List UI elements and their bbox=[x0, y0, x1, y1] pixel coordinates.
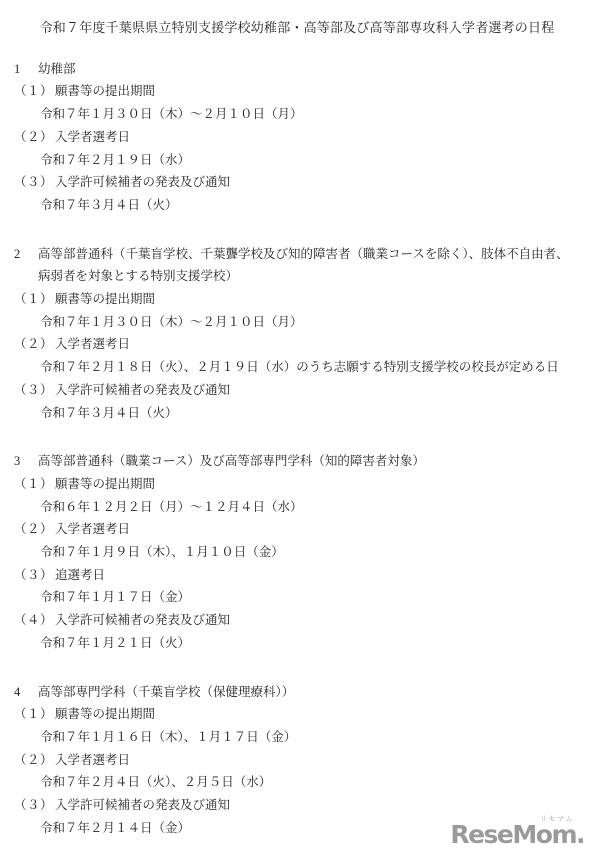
section-number: 3 bbox=[14, 450, 38, 473]
item-label-line: （１）願書等の提出期間 bbox=[14, 288, 580, 311]
section-heading: 4 高等部専門学科（千葉盲学校（保健理療科）） bbox=[14, 681, 580, 704]
item-number: （２） bbox=[14, 337, 53, 351]
section-heading: 2 高等部普通科（千葉盲学校、千葉聾学校及び知的障害者（職業コースを除く）、肢体… bbox=[14, 243, 580, 288]
section-youchibu: 1 幼稚部 （１）願書等の提出期間 令和７年１月３０日（木）～２月１０日（月） … bbox=[14, 58, 580, 217]
item-date: 令和７年３月４日（火） bbox=[14, 402, 580, 425]
logo-text: ReseMom. bbox=[450, 823, 584, 847]
item-date: 令和７年２月４日（火）、２月５日（水） bbox=[14, 771, 580, 794]
item-label: 入学許可候補者の発表及び通知 bbox=[55, 613, 230, 627]
resemom-watermark-logo: リセマム ReseMom. bbox=[450, 816, 584, 847]
item-date: 令和７年１月３０日（木）～２月１０日（月） bbox=[14, 311, 580, 334]
item-label: 願書等の提出期間 bbox=[55, 707, 155, 721]
item-number: （２） bbox=[14, 130, 53, 144]
item-label-line: （２）入学者選考日 bbox=[14, 126, 580, 149]
item-number: （３） bbox=[14, 175, 53, 189]
section-shokugyou-course: 3 高等部普通科（職業コース）及び高等部専門学科（知的障害者対象） （１）願書等… bbox=[14, 450, 580, 654]
schedule-item: （１）願書等の提出期間 令和７年１月３０日（木）～２月１０日（月） bbox=[14, 288, 580, 333]
item-label: 入学者選考日 bbox=[55, 337, 130, 351]
item-label-line: （４）入学許可候補者の発表及び通知 bbox=[14, 609, 580, 632]
document-page: 令和７年度千葉県県立特別支援学校幼稚部・高等部及び高等部専攻科入学者選考の日程 … bbox=[0, 0, 594, 856]
section-number: 1 bbox=[14, 58, 38, 81]
section-heading: 1 幼稚部 bbox=[14, 58, 580, 81]
item-number: （１） bbox=[14, 477, 53, 491]
item-label: 入学者選考日 bbox=[55, 753, 130, 767]
schedule-item: （４）入学許可候補者の発表及び通知 令和７年１月２１日（火） bbox=[14, 609, 580, 654]
schedule-item: （３）入学許可候補者の発表及び通知 令和７年３月４日（火） bbox=[14, 171, 580, 216]
item-label-line: （３）入学許可候補者の発表及び通知 bbox=[14, 794, 580, 817]
section-number: 2 bbox=[14, 243, 38, 266]
item-number: （１） bbox=[14, 707, 53, 721]
item-label-line: （３）入学許可候補者の発表及び通知 bbox=[14, 379, 580, 402]
item-label: 入学者選考日 bbox=[55, 130, 130, 144]
item-label-line: （１）願書等の提出期間 bbox=[14, 80, 580, 103]
schedule-item: （１）願書等の提出期間 令和６年１２月２日（月）～１２月４日（水） bbox=[14, 473, 580, 518]
page-title: 令和７年度千葉県県立特別支援学校幼稚部・高等部及び高等部専攻科入学者選考の日程 bbox=[0, 0, 594, 40]
section-heading: 3 高等部普通科（職業コース）及び高等部専門学科（知的障害者対象） bbox=[14, 450, 580, 473]
section-title: 高等部専門学科（千葉盲学校（保健理療科）） bbox=[38, 681, 580, 704]
item-date: 令和７年１月２１日（火） bbox=[14, 632, 580, 655]
schedule-item: （３）追選考日 令和７年１月１７日（金） bbox=[14, 564, 580, 609]
schedule-item: （２）入学者選考日 令和７年２月１８日（火）、２月１９日（水）のうち志願する特別… bbox=[14, 333, 580, 378]
item-number: （３） bbox=[14, 568, 53, 582]
item-label-line: （２）入学者選考日 bbox=[14, 518, 580, 541]
item-label: 入学許可候補者の発表及び通知 bbox=[55, 383, 230, 397]
section-title: 幼稚部 bbox=[38, 58, 580, 81]
section-koutoubu-futsuka: 2 高等部普通科（千葉盲学校、千葉聾学校及び知的障害者（職業コースを除く）、肢体… bbox=[14, 243, 580, 425]
item-label-line: （３）追選考日 bbox=[14, 564, 580, 587]
section-title: 高等部普通科（職業コース）及び高等部専門学科（知的障害者対象） bbox=[38, 450, 580, 473]
item-number: （４） bbox=[14, 613, 53, 627]
item-label: 願書等の提出期間 bbox=[55, 477, 155, 491]
item-date: 令和７年１月１７日（金） bbox=[14, 586, 580, 609]
item-number: （１） bbox=[14, 292, 53, 306]
item-number: （１） bbox=[14, 84, 53, 98]
item-date: 令和６年１２月２日（月）～１２月４日（水） bbox=[14, 496, 580, 519]
section-number: 4 bbox=[14, 681, 38, 704]
schedule-item: （１）願書等の提出期間 令和７年１月３０日（木）～２月１０日（月） bbox=[14, 80, 580, 125]
item-label: 入学許可候補者の発表及び通知 bbox=[55, 798, 230, 812]
schedule-item: （１）願書等の提出期間 令和７年１月１６日（木）、１月１７日（金） bbox=[14, 703, 580, 748]
schedule-item: （２）入学者選考日 令和７年１月９日（木）、１月１０日（金） bbox=[14, 518, 580, 563]
item-date: 令和７年１月３０日（木）～２月１０日（月） bbox=[14, 103, 580, 126]
item-number: （３） bbox=[14, 383, 53, 397]
schedule-item: （２）入学者選考日 令和７年２月１９日（水） bbox=[14, 126, 580, 171]
document-body: 1 幼稚部 （１）願書等の提出期間 令和７年１月３０日（木）～２月１０日（月） … bbox=[0, 58, 594, 840]
item-label-line: （２）入学者選考日 bbox=[14, 333, 580, 356]
item-number: （２） bbox=[14, 753, 53, 767]
item-label-line: （１）願書等の提出期間 bbox=[14, 703, 580, 726]
item-label: 入学者選考日 bbox=[55, 522, 130, 536]
section-title: 高等部普通科（千葉盲学校、千葉聾学校及び知的障害者（職業コースを除く）、肢体不自… bbox=[38, 243, 580, 288]
item-date: 令和７年１月１６日（木）、１月１７日（金） bbox=[14, 726, 580, 749]
item-label-line: （２）入学者選考日 bbox=[14, 749, 580, 772]
item-label: 願書等の提出期間 bbox=[55, 84, 155, 98]
schedule-item: （３）入学許可候補者の発表及び通知 令和７年３月４日（火） bbox=[14, 379, 580, 424]
item-date: 令和７年２月１９日（水） bbox=[14, 149, 580, 172]
item-label-line: （３）入学許可候補者の発表及び通知 bbox=[14, 171, 580, 194]
item-label: 願書等の提出期間 bbox=[55, 292, 155, 306]
item-number: （３） bbox=[14, 798, 53, 812]
item-date: 令和７年１月９日（木）、１月１０日（金） bbox=[14, 541, 580, 564]
item-label-line: （１）願書等の提出期間 bbox=[14, 473, 580, 496]
item-date: 令和７年２月１８日（火）、２月１９日（水）のうち志願する特別支援学校の校長が定め… bbox=[14, 356, 580, 379]
item-label: 追選考日 bbox=[55, 568, 105, 582]
item-date: 令和７年３月４日（火） bbox=[14, 194, 580, 217]
item-label: 入学許可候補者の発表及び通知 bbox=[55, 175, 230, 189]
item-number: （２） bbox=[14, 522, 53, 536]
schedule-item: （２）入学者選考日 令和７年２月４日（火）、２月５日（水） bbox=[14, 749, 580, 794]
